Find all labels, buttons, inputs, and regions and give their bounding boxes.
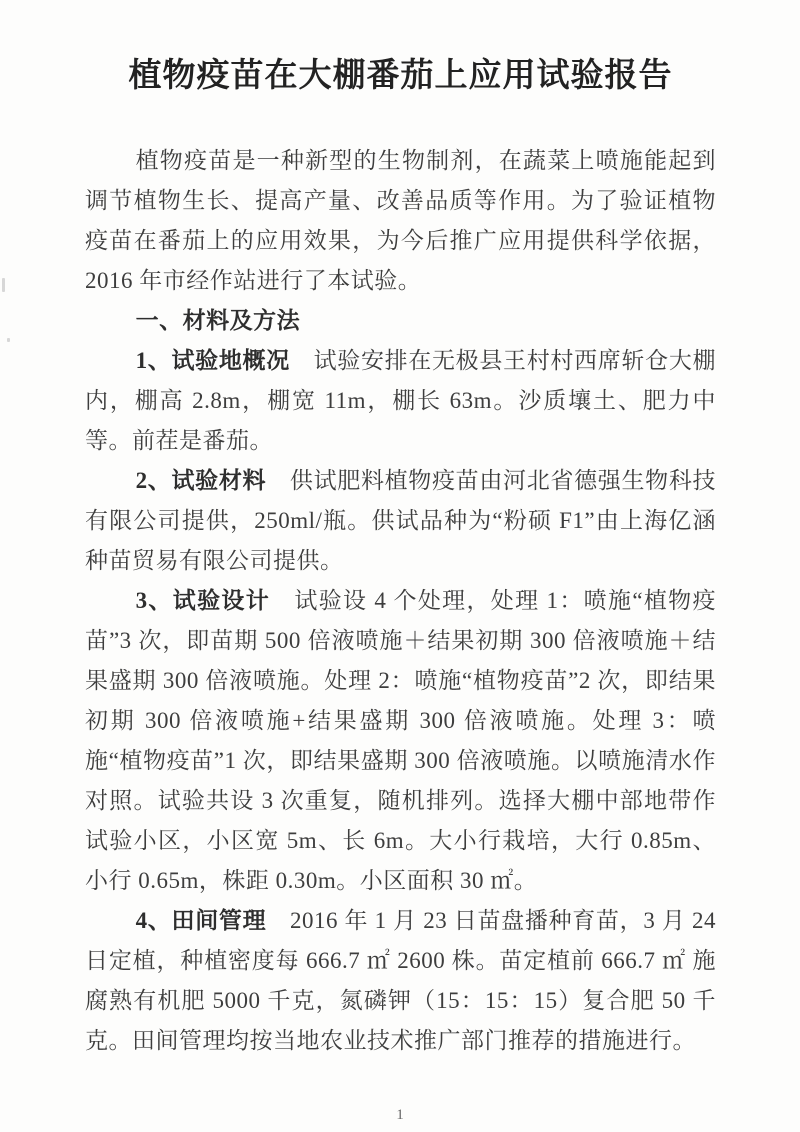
scanned-report-page: 植物疫苗在大棚番茄上应用试验报告 植物疫苗是一种新型的生物制剂，在蔬菜上喷施能起…	[0, 0, 800, 1132]
scan-artifact	[7, 338, 10, 342]
paragraph-test-materials: 2、试验材料 供试肥料植物疫苗由河北省德强生物科技有限公司提供，250ml/瓶。…	[85, 461, 716, 581]
page-number: 1	[0, 1107, 800, 1124]
paragraph-label: 2、试验材料	[136, 468, 267, 493]
paragraph-text: 试验设 4 个处理，处理 1：喷施“植物疫苗”3 次，即苗期 500 倍液喷施＋…	[85, 588, 716, 893]
paragraph-site-overview: 1、试验地概况 试验安排在无极县王村村西席斩仓大棚内，棚高 2.8m，棚宽 11…	[85, 341, 716, 461]
document-content: 植物疫苗在大棚番茄上应用试验报告 植物疫苗是一种新型的生物制剂，在蔬菜上喷施能起…	[85, 56, 716, 1061]
paragraph-field-management: 4、田间管理 2016 年 1 月 23 日苗盘播种育苗，3 月 24 日定植，…	[85, 901, 716, 1061]
paragraph-label: 1、试验地概况	[136, 348, 290, 373]
paragraph-label: 3、试验设计	[136, 588, 270, 613]
section-heading-materials-methods: 一、材料及方法	[85, 301, 716, 341]
scan-artifact	[2, 278, 5, 292]
paragraph-text: 植物疫苗是一种新型的生物制剂，在蔬菜上喷施能起到调节植物生长、提高产量、改善品质…	[85, 148, 716, 293]
report-title: 植物疫苗在大棚番茄上应用试验报告	[85, 56, 716, 97]
paragraph-introduction: 植物疫苗是一种新型的生物制剂，在蔬菜上喷施能起到调节植物生长、提高产量、改善品质…	[85, 141, 716, 301]
paragraph-label: 4、田间管理	[136, 908, 267, 933]
paragraph-experiment-design: 3、试验设计 试验设 4 个处理，处理 1：喷施“植物疫苗”3 次，即苗期 50…	[85, 581, 716, 901]
section-heading-label: 一、材料及方法	[136, 308, 301, 333]
